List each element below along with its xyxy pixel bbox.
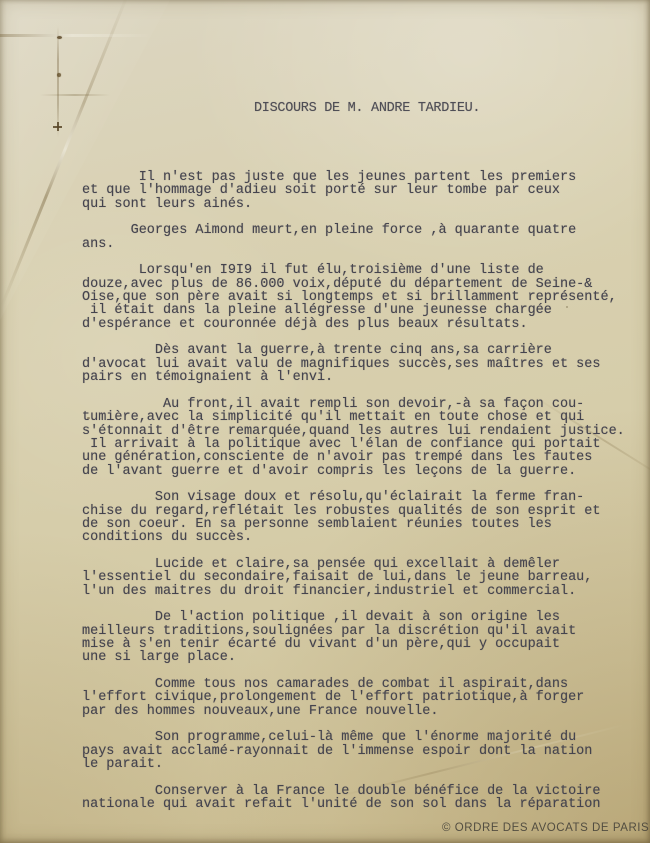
paragraph: Son programme,celui-là même que l'énorme… [82, 731, 648, 771]
paragraph: Il n'est pas juste que les jeunes parten… [82, 171, 648, 211]
copyright-watermark: © ORDRE DES AVOCATS DE PARIS [442, 822, 649, 834]
paragraph: De l'action politique ,il devait à son o… [82, 611, 648, 664]
paragraph: Georges Aimond meurt,en pleine force ,à … [82, 224, 648, 251]
paper-crease [40, 94, 110, 96]
paragraph: Lucide et claire,sa pensée qui excellait… [82, 558, 648, 598]
pin-hole [57, 36, 62, 39]
document-title: DISCOURS DE M. ANDRE TARDIEU. [254, 101, 480, 116]
pin-hole [57, 73, 61, 77]
paragraph: Au front,il avait rempli son devoir,-à s… [82, 398, 648, 478]
paper-crease [0, 34, 160, 37]
paragraph: Comme tous nos camarades de combat il as… [82, 678, 648, 718]
paragraph: Son visage doux et résolu,qu'éclairait l… [82, 491, 648, 544]
paragraph: Conserver à la France le double bénéfice… [82, 785, 648, 812]
document-page: DISCOURS DE M. ANDRE TARDIEU. Il n'est p… [0, 0, 650, 843]
paragraph: Lorsqu'en I9I9 il fut élu,troisième d'un… [82, 264, 648, 331]
pin-cross-mark [53, 122, 62, 131]
paper-crease [57, 26, 59, 138]
document-body: Il n'est pas juste que les jeunes parten… [82, 171, 648, 825]
paragraph: Dès avant la guerre,à trente cinq ans,sa… [82, 344, 648, 384]
